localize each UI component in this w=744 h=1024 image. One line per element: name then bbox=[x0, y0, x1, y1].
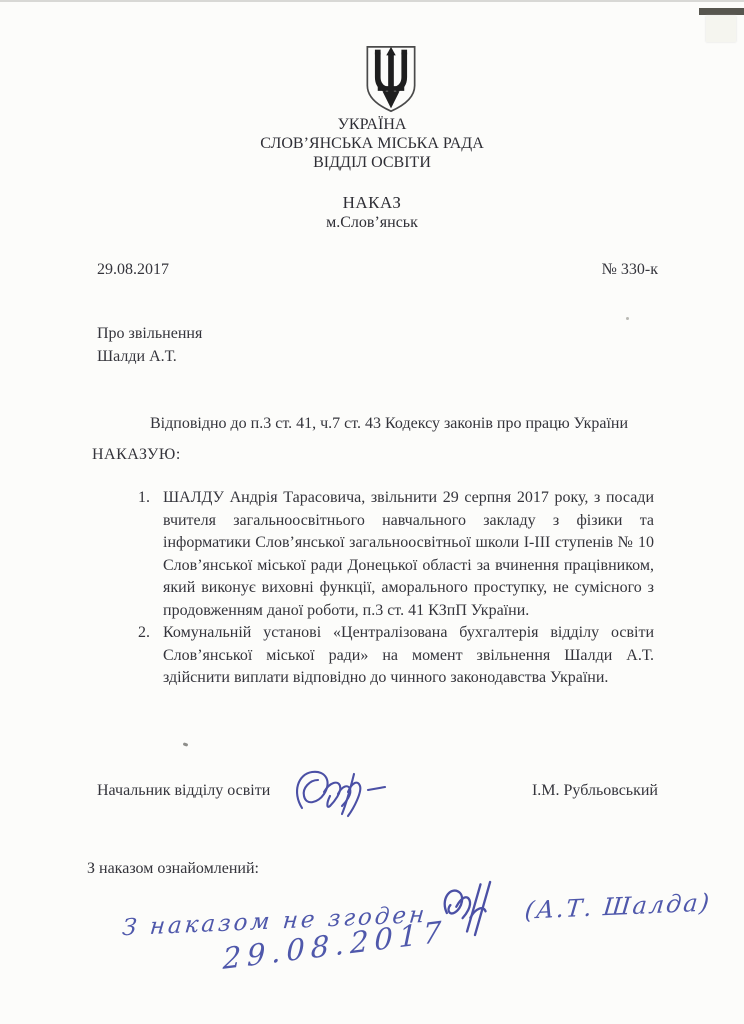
council-name: СЛОВ’ЯНСЬКА МІСЬКА РАДА bbox=[0, 134, 744, 153]
scan-corner-artifact bbox=[699, 8, 744, 15]
document-title-block: НАКАЗ м.Слов’янськ bbox=[0, 193, 744, 233]
scan-corner-artifact-box bbox=[706, 16, 736, 42]
director-signature-icon bbox=[288, 764, 388, 820]
department-name: ВІДДІЛ ОСВІТИ bbox=[0, 153, 744, 172]
legal-basis-paragraph: Відповідно до п.3 ст. 41, ч.7 ст. 43 Код… bbox=[97, 415, 657, 433]
document-meta-row: 29.08.2017 № 330-к bbox=[97, 261, 658, 279]
signer-position: Начальник відділу освіти bbox=[97, 782, 270, 800]
order-item: 1. ШАЛДУ Андрія Тарасовича, звільнити 29… bbox=[97, 487, 654, 622]
order-keyword: НАКАЗУЮ: bbox=[92, 446, 181, 464]
order-item-number: 1. bbox=[138, 487, 163, 510]
order-item-number: 2. bbox=[138, 622, 163, 645]
scan-speck bbox=[183, 742, 189, 747]
document-number: № 330-к bbox=[602, 261, 658, 279]
scan-top-edge-artifact bbox=[0, 0, 744, 2]
order-item: 2. Комунальній установі «Централізована … bbox=[97, 622, 654, 690]
scan-speck bbox=[626, 317, 629, 320]
order-item-text: Комунальній установі «Централізована бух… bbox=[163, 622, 654, 690]
handwritten-name: (А.Т. Шалда) bbox=[524, 888, 713, 924]
acknowledgement-label: З наказом ознайомлений: bbox=[87, 860, 259, 878]
document-date: 29.08.2017 bbox=[97, 261, 169, 279]
subject-line-1: Про звільнення bbox=[97, 322, 202, 345]
document-subject: Про звільнення Шалди А.Т. bbox=[97, 322, 202, 368]
country-name: УКРАЇНА bbox=[0, 115, 744, 134]
organization-header: УКРАЇНА СЛОВ’ЯНСЬКА МІСЬКА РАДА ВІДДІЛ О… bbox=[0, 115, 744, 172]
document-type: НАКАЗ bbox=[0, 193, 744, 213]
order-item-text: ШАЛДУ Андрія Тарасовича, звільнити 29 се… bbox=[163, 487, 654, 622]
signer-name: І.М. Рубльовський bbox=[532, 782, 658, 800]
document-city: м.Слов’янськ bbox=[0, 213, 744, 233]
scanned-order-document: УКРАЇНА СЛОВ’ЯНСЬКА МІСЬКА РАДА ВІДДІЛ О… bbox=[0, 0, 744, 1024]
subject-line-2: Шалди А.Т. bbox=[97, 345, 202, 368]
order-items-list: 1. ШАЛДУ Андрія Тарасовича, звільнити 29… bbox=[97, 487, 654, 690]
ukraine-trident-emblem-icon bbox=[362, 44, 420, 114]
employee-signature-icon bbox=[436, 877, 517, 942]
